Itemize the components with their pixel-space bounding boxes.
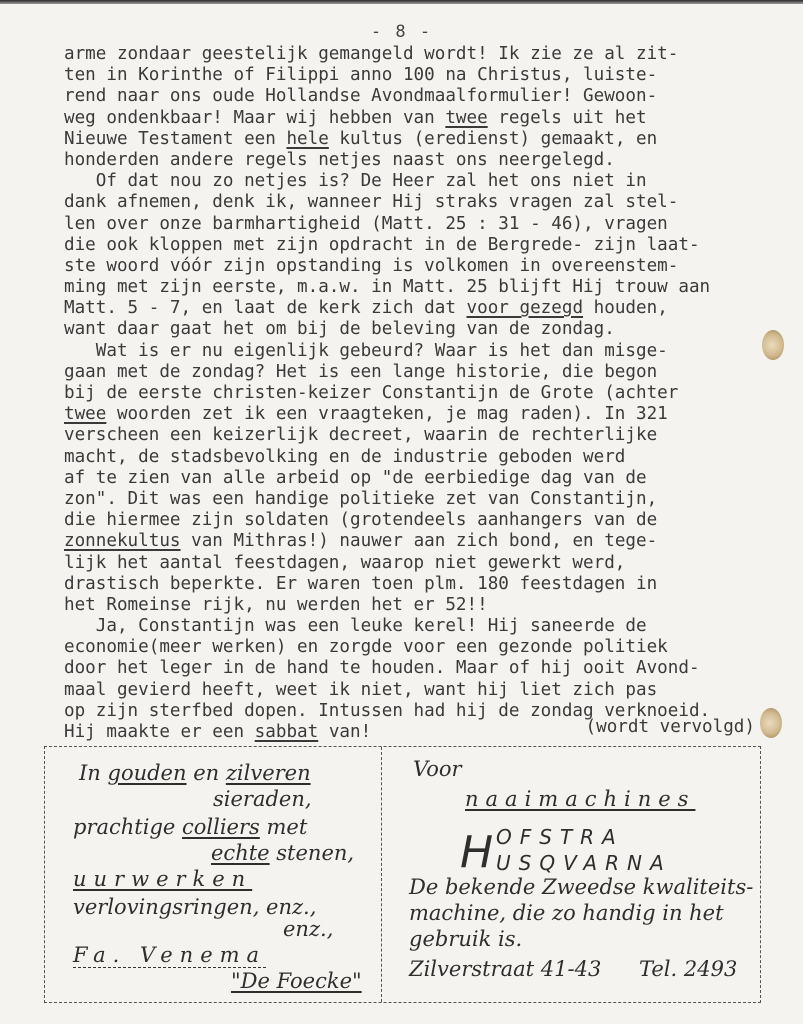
text-line: die ook kloppen met zijn opdracht in de …: [64, 235, 774, 256]
ad-line: echte stenen,: [211, 841, 354, 865]
text-line: twee woorden zet ik een vraagteken, je m…: [64, 404, 774, 425]
ad-line: In gouden en zilveren: [79, 761, 311, 785]
continued-note: (wordt vervolgd): [586, 717, 755, 737]
text-line: economie(meer werken) en zorgde voor een…: [64, 637, 774, 658]
text-line: honderden andere regels netjes naast ons…: [64, 150, 774, 171]
page-number: - 8 -: [0, 22, 803, 42]
ad-line: sieraden,: [213, 787, 312, 811]
ad-phone: Tel. 2493: [639, 957, 737, 981]
text-line: Of dat nou zo netjes is? De Heer zal het…: [64, 171, 774, 192]
ad-address: Zilverstraat 41-43: [409, 957, 601, 981]
text-line: arme zondaar geestelijk gemangeld wordt!…: [64, 44, 774, 65]
underlined-word: gouden: [108, 761, 187, 785]
ad-description: machine, die zo handig in het: [409, 901, 724, 925]
page-edge: [0, 0, 803, 4]
underlined-word: sabbat: [255, 722, 319, 742]
text-line: door het leger in de hand te houden. Maa…: [64, 658, 774, 679]
text-line: Ja, Constantijn was een leuke kerel! Hij…: [64, 616, 774, 637]
text-line: dank afnemen, denk ik, wanneer Hij strak…: [64, 192, 774, 213]
brand-initial: H: [460, 827, 493, 878]
text-line: ste woord vóór zijn opstanding is volkom…: [64, 256, 774, 277]
text-line: rend naar ons oude Hollandse Avondmaalfo…: [64, 86, 774, 107]
advertisements: In gouden en zilveren sieraden, prachtig…: [44, 746, 761, 1003]
underlined-word: echte: [211, 841, 270, 865]
ad-description: De bekende Zweedse kwaliteits-: [409, 875, 753, 899]
underlined-word: zilveren: [226, 761, 311, 785]
underlined-word: voor gezegd: [467, 298, 584, 318]
text-line: drastisch beperkte. Er waren toen plm. 1…: [64, 574, 774, 595]
text-line: zonnekultus van Mithras!) nauwer aan zic…: [64, 531, 774, 552]
ad-divider: [381, 747, 382, 1002]
ad-text: In gouden en zilveren: [79, 761, 311, 785]
ad-line: enz.,: [283, 917, 333, 941]
text-line: Wat is er nu eigenlijk gebeurd? Waar is …: [64, 341, 774, 362]
text-line: Matt. 5 - 7, en laat de kerk zich dat vo…: [64, 298, 774, 319]
text-line: ming met zijn eerste, m.a.w. in Matt. 25…: [64, 277, 774, 298]
text-line: weg ondenkbaar! Maar wij hebben van twee…: [64, 108, 774, 129]
ad-line: uurwerken: [73, 867, 252, 891]
ad-intro: Voor: [413, 757, 462, 781]
text-line: die hiermee zijn soldaten (grotendeels a…: [64, 510, 774, 531]
text-line: want daar gaat het om bij de beleving va…: [64, 319, 774, 340]
text-line: ten in Korinthe of Filippi anno 100 na C…: [64, 65, 774, 86]
brand-line-1: OFSTRA: [496, 825, 624, 849]
ad-venema: In gouden en zilveren sieraden, prachtig…: [45, 747, 381, 1002]
underlined-word: colliers: [182, 815, 260, 839]
text-line: zon". Dit was een handige politieke zet …: [64, 489, 774, 510]
ad-firm-name: Fa. Venema: [73, 943, 266, 968]
underlined-word: twee: [445, 108, 487, 128]
text-line: macht, de stadsbevolking en de industrie…: [64, 447, 774, 468]
punch-hole: [762, 330, 784, 360]
underlined-word: zonnekultus: [64, 531, 181, 551]
ad-line: prachtige colliers met: [73, 815, 307, 839]
article-body: arme zondaar geestelijk gemangeld wordt!…: [64, 44, 774, 743]
ad-line: verlovingsringen, enz.,: [73, 895, 316, 919]
underlined-word: hele: [286, 129, 328, 149]
text-line: bij de eerste christen-keizer Constantij…: [64, 383, 774, 404]
ad-hofstra: Voor naaimachines H OFSTRA USQVARNA De b…: [383, 747, 760, 1002]
ad-shop-name: "De Foecke": [231, 969, 362, 993]
text-line: len over onze barmhartigheid (Matt. 25 :…: [64, 214, 774, 235]
punch-hole: [760, 708, 782, 738]
text-line: het Romeinse rijk, nu werden het er 52!!: [64, 595, 774, 616]
text-line: lijk het aantal feestdagen, waarop niet …: [64, 553, 774, 574]
ad-description: gebruik is.: [409, 927, 522, 951]
text-line: maal gevierd heeft, weet ik niet, want h…: [64, 680, 774, 701]
underlined-word: twee: [64, 404, 106, 424]
text-line: gaan met de zondag? Het is een lange his…: [64, 362, 774, 383]
text-line: af te zien van alle arbeid op "de eerbie…: [64, 468, 774, 489]
brand-line-2: USQVARNA: [496, 851, 672, 875]
ad-product: naaimachines: [465, 787, 695, 811]
text-line: verscheen een keizerlijk decreet, waarin…: [64, 425, 774, 446]
text-line: Nieuwe Testament een hele kultus (eredie…: [64, 129, 774, 150]
